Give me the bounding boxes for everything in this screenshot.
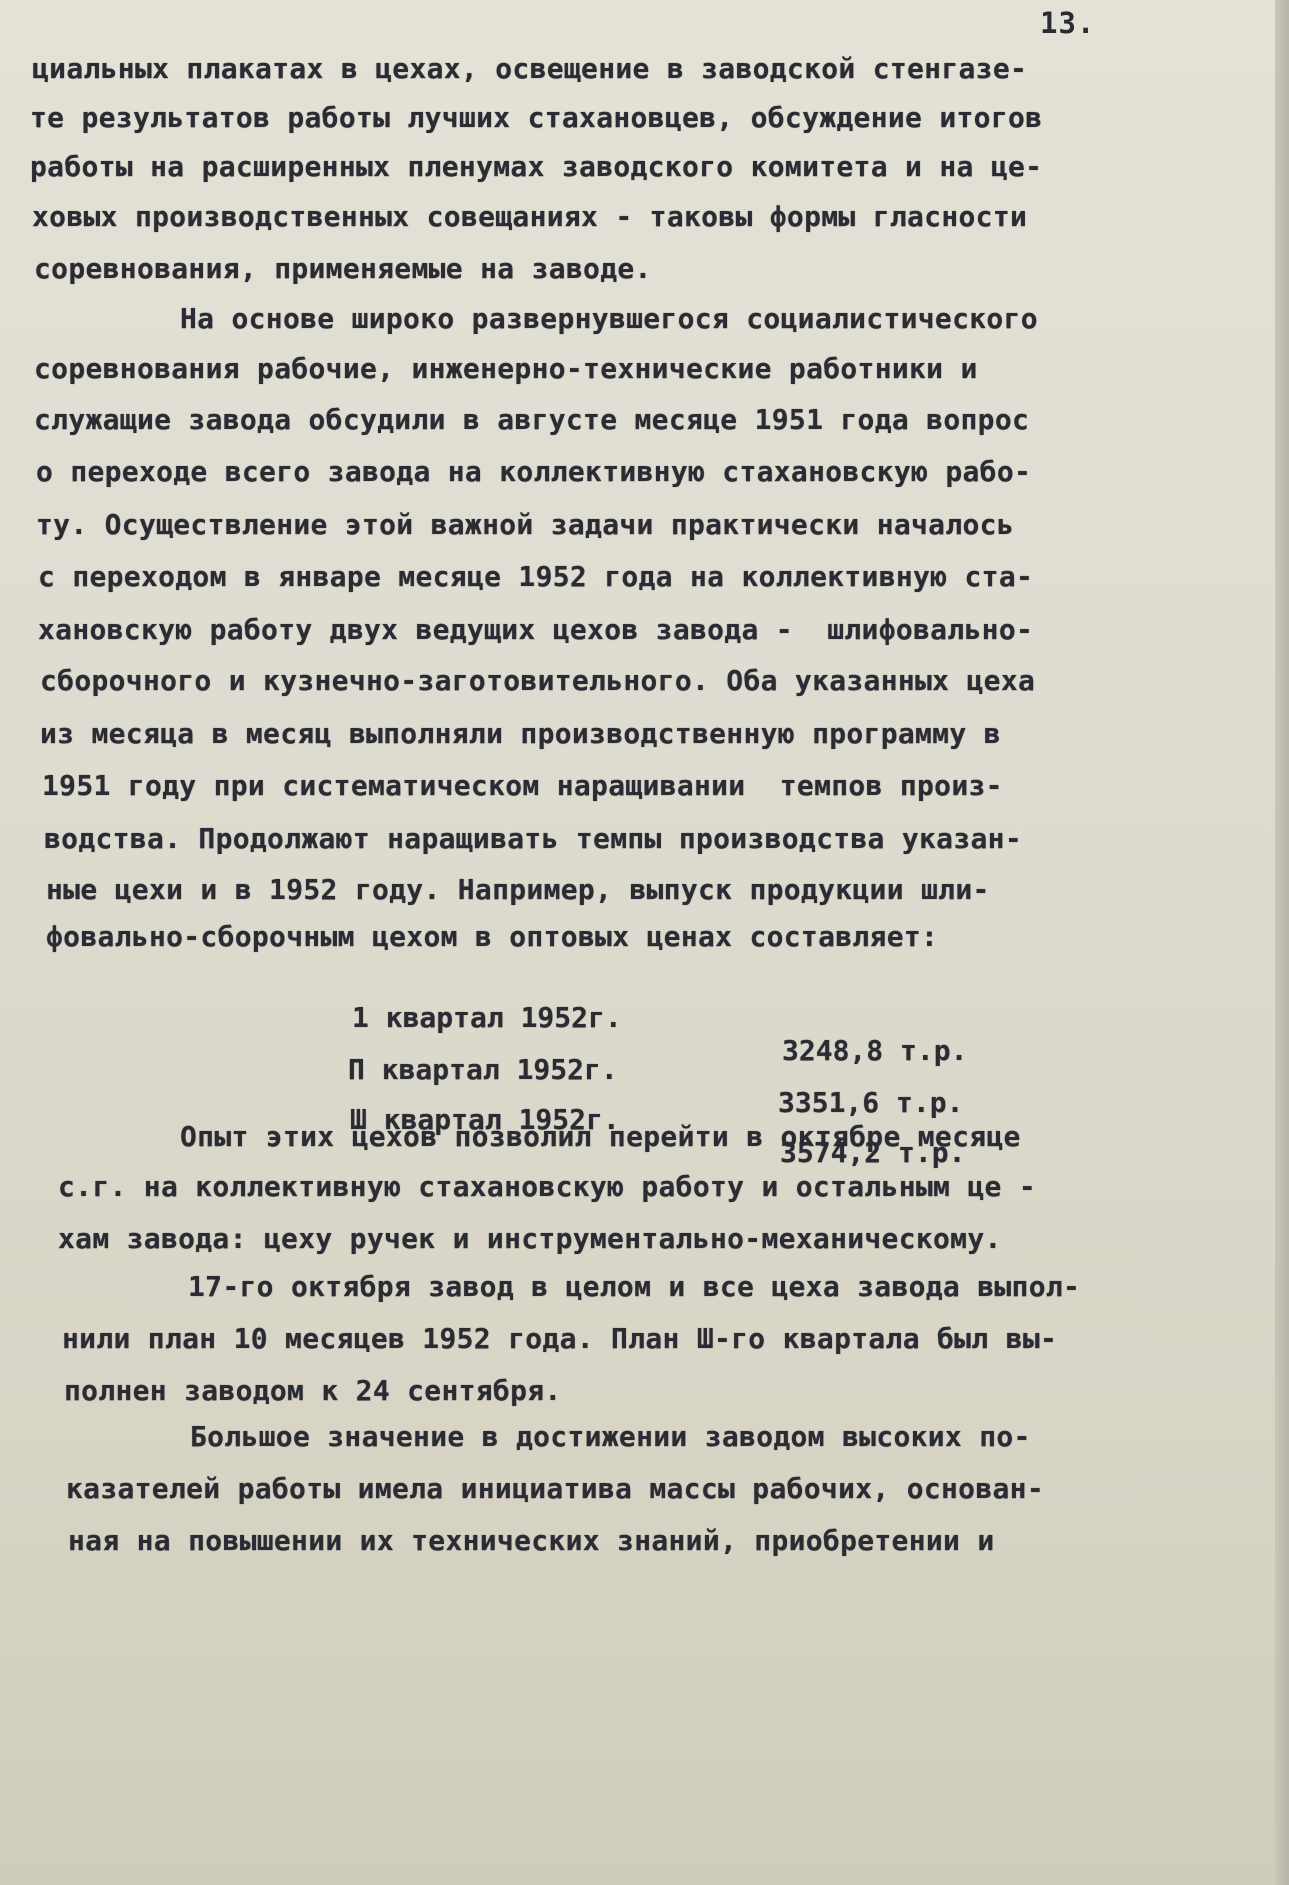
typewritten-page: 13. циальных плакатах в цехах, освещение… — [0, 0, 1289, 1885]
text-line: фовально-сборочным цехом в оптовых ценах… — [46, 920, 938, 953]
quarter-value: 3351,6 т.р. — [778, 1086, 963, 1119]
text-line: соревнования рабочие, инженерно-техничес… — [34, 352, 978, 385]
text-line: ные цехи и в 1952 году. Например, выпуск… — [46, 873, 990, 906]
text-line: сборочного и кузнечно-заготовительного. … — [40, 664, 1035, 697]
text-line: ту. Осуществление этой важной задачи пра… — [36, 508, 1014, 541]
text-line: соревнования, применяемые на заводе. — [34, 252, 652, 285]
text-line: водства. Продолжают наращивать темпы про… — [44, 822, 1022, 855]
text-line: с переходом в январе месяце 1952 года на… — [38, 560, 1033, 593]
text-line: нили план 10 месяцев 1952 года. План Ш-г… — [62, 1322, 1057, 1355]
text-line: служащие завода обсудили в августе месяц… — [34, 403, 1029, 436]
text-line: ховых производственных совещаниях - тако… — [32, 200, 1027, 233]
text-line: о переходе всего завода на коллективную … — [36, 455, 1031, 488]
text-line: полнен заводом к 24 сентября. — [64, 1374, 562, 1407]
text-line: хановскую работу двух ведущих цехов заво… — [38, 613, 1033, 646]
text-line: с.г. на коллективную стахановскую работу… — [58, 1170, 1036, 1203]
page-number: 13. — [1040, 6, 1095, 40]
text-line: ная на повышении их технических знаний, … — [68, 1524, 995, 1557]
text-line: казателей работы имела инициатива массы … — [66, 1472, 1044, 1505]
quarter-value: 3248,8 т.р. — [782, 1034, 967, 1067]
text-line: те результатов работы лучших стахановцев… — [30, 101, 1042, 134]
text-line: Большое значение в достижении заводом вы… — [190, 1420, 1031, 1453]
text-line: 17-го октября завод в целом и все цеха з… — [188, 1270, 1080, 1303]
text-line: работы на расширенных пленумах заводског… — [30, 150, 1042, 183]
text-line: Опыт этих цехов позволил перейти в октяб… — [180, 1120, 1021, 1153]
text-line: 1951 году при систематическом наращивани… — [42, 769, 1003, 802]
text-line: хам завода: цеху ручек и инструментально… — [58, 1222, 1002, 1255]
text-line: из месяца в месяц выполняли производстве… — [40, 717, 1001, 750]
text-line: циальных плакатах в цехах, освещение в з… — [32, 52, 1027, 85]
text-line: На основе широко развернувшегося социали… — [180, 302, 1038, 335]
